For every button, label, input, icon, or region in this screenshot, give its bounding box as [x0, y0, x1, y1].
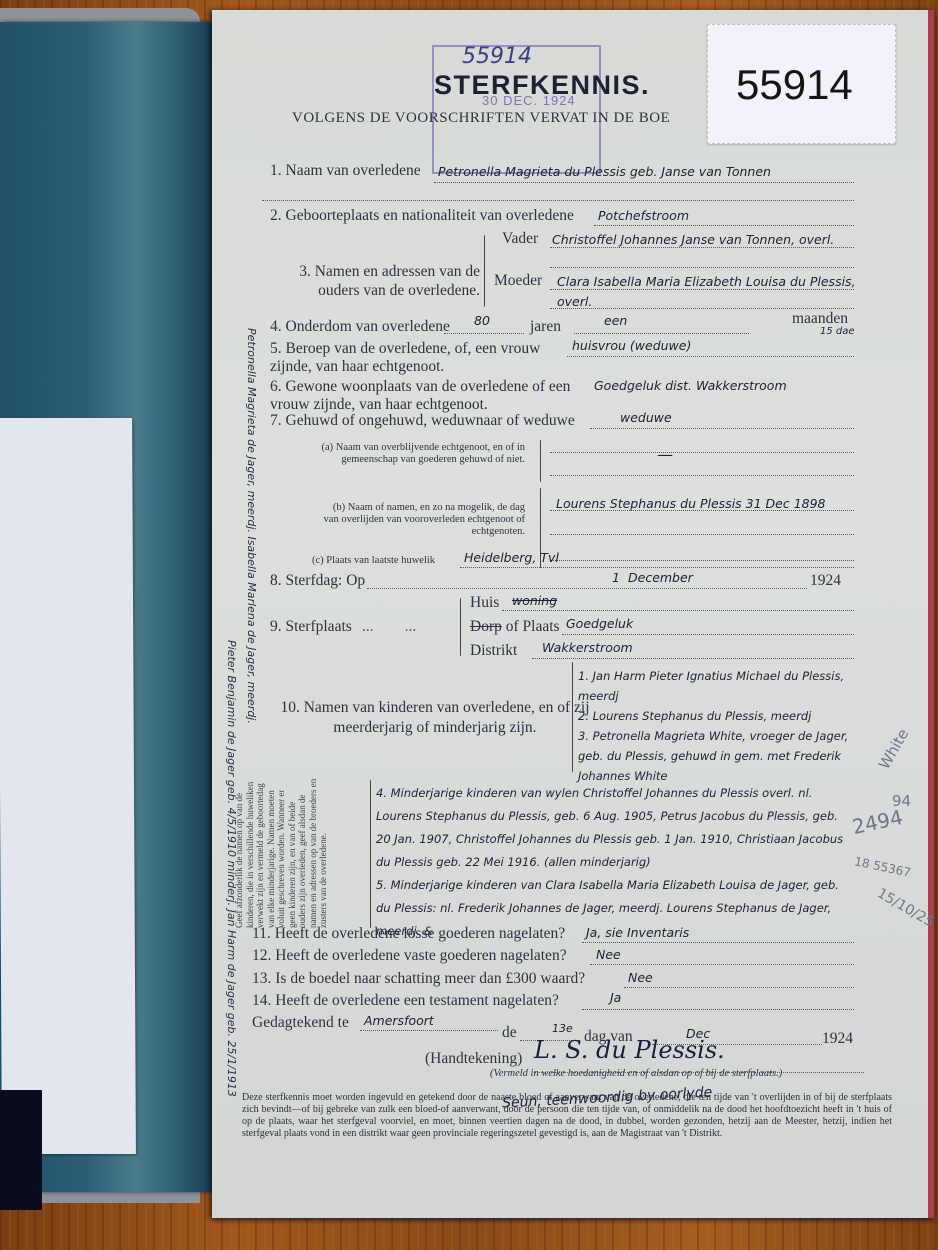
field-10-brace-2	[370, 780, 371, 928]
pencil-note-5: 15/10/25	[874, 885, 936, 930]
field-13-label: 13. Is de boedel naar schatting meer dan…	[252, 970, 585, 988]
field-7-label: 7. Gehuwd of ongehuwd, weduwnaar of wedu…	[270, 412, 575, 430]
field-12-line	[590, 964, 854, 965]
field-9-district-label: Distrikt	[470, 642, 517, 660]
field-4-months: een	[604, 313, 627, 328]
field-7a-label: (a) Naam van overblijvende echtgenoot, e…	[320, 442, 525, 466]
field-7b-line	[550, 510, 854, 511]
field-14-value: Ja	[610, 990, 621, 1005]
field-9-place-label: Dorp of Plaats	[470, 618, 560, 636]
register-number: 55914	[736, 61, 853, 109]
field-1-line-2	[262, 200, 854, 201]
field-11-label: 11. Heeft de overledene losse goederen n…	[252, 925, 565, 943]
field-6-value: Goedgeluk dist. Wakkerstroom	[594, 378, 787, 393]
field-7c-label: (c) Plaats van laatste huwelik	[312, 555, 435, 567]
dated-day: 13e	[552, 1022, 573, 1035]
field-7-line	[590, 428, 854, 429]
field-8-line	[367, 588, 807, 589]
field-10-instruction: Geef afzonderlik de namen op van de kind…	[234, 778, 329, 928]
field-10-child-1: 1. Jan Harm Pieter Ignatius Michael du P…	[578, 666, 868, 706]
pencil-note-3: 94	[892, 792, 911, 810]
field-7b-line-2	[550, 534, 854, 535]
death-notice-page: 55914 STERFKENNIS. 30 DEC. 1924 VOLGENS …	[212, 10, 934, 1218]
field-3-label: 3. Namen en adressen van de ouders van d…	[270, 262, 480, 300]
field-3-father-line-2	[550, 267, 854, 268]
field-3-mother-label: Moeder	[494, 272, 542, 290]
field-3-mother-value: Clara Isabella Maria Elizabeth Louisa du…	[557, 272, 857, 312]
pencil-note-2: 2494	[850, 805, 905, 839]
stamp-handwritten-number: 55914	[462, 44, 532, 69]
field-8-month: December	[628, 570, 693, 585]
field-7a-brace	[540, 440, 541, 482]
field-2-line	[594, 225, 854, 226]
document-subtitle: VOLGENS DE VOORSCHRIFTEN VERVAT IN DE BO…	[292, 110, 670, 127]
field-11-line	[582, 942, 854, 943]
field-10-child-4: 4. Minderjarige kinderen van wylen Chris…	[376, 782, 854, 874]
field-7c-line	[460, 567, 854, 568]
field-7a-line-2	[550, 475, 854, 476]
field-7c-value: Heidelberg, Tvl	[464, 550, 559, 565]
field-1-value: Petronella Magrieta du Plessis geb. Jans…	[438, 162, 858, 182]
field-4-months-line	[574, 333, 749, 334]
dated-place: Amersfoort	[364, 1013, 434, 1028]
field-5-value: huisvrou (weduwe)	[572, 338, 691, 353]
field-3-brace	[484, 235, 485, 307]
dated-at-label: Gedagtekend te	[252, 1014, 349, 1032]
field-10-child-3: 3. Petronella Magrieta White, vroeger de…	[578, 726, 868, 786]
field-14-line	[582, 1009, 854, 1010]
field-1-line	[434, 182, 854, 183]
field-9-label: 9. Sterfplaats	[270, 618, 352, 636]
field-8-year: 1924	[810, 572, 841, 590]
field-12-label: 12. Heeft de overledene vaste goederen n…	[252, 947, 567, 965]
field-10-brace	[572, 662, 573, 772]
footer-instructions: Deze sterfkennis moet worden ingevuld en…	[242, 1092, 892, 1140]
field-2-value: Potchefstroom	[598, 208, 689, 223]
field-9-district-line	[532, 658, 854, 659]
pencil-note-1: White	[875, 726, 912, 773]
field-4-days: 15 dae	[820, 326, 855, 337]
field-9-place-line	[562, 634, 854, 635]
field-10-label: 10. Namen van kinderen van overledene, e…	[270, 698, 600, 738]
pencil-note-4: 18 55367	[853, 854, 912, 880]
field-7b-label: (b) Naam of namen, en zo na mogelik, de …	[320, 502, 525, 538]
field-8-day: 1	[612, 570, 620, 585]
field-9-place-value: Goedgeluk	[566, 616, 633, 631]
field-12-value: Nee	[596, 947, 621, 962]
field-13-line	[624, 987, 854, 988]
field-4-years-line	[444, 333, 524, 334]
field-9-house-label: Huis	[470, 594, 499, 612]
signature-capacity-hint: (Vermeld in welke hoedanigheid en of als…	[490, 1068, 782, 1080]
field-14-label: 14. Heeft de overledene een testament na…	[252, 992, 559, 1010]
field-13-value: Nee	[628, 970, 653, 985]
field-10-child-2: 2. Lourens Stephanus du Plessis, meerdj	[578, 706, 868, 726]
field-11-value: Ja, sie Inventaris	[586, 925, 689, 940]
field-7b-line-3	[550, 560, 854, 561]
field-7a-value: —	[657, 445, 673, 464]
dated-place-line	[360, 1030, 498, 1031]
dark-object	[0, 1090, 42, 1210]
field-3-father-line	[550, 247, 854, 248]
field-9-district-value: Wakkerstroom	[542, 640, 633, 655]
loose-paper-sheet	[0, 418, 136, 1154]
stamp-date: 30 DEC. 1924	[482, 93, 576, 108]
field-3-mother-line-2	[550, 308, 854, 309]
field-7b-value: Lourens Stephanus du Plessis 31 Dec 1898	[556, 492, 856, 516]
signature: L. S. du Plessis.	[534, 1036, 725, 1064]
field-3-father-label: Vader	[502, 230, 538, 248]
signature-label: (Handtekening)	[425, 1050, 522, 1068]
field-5-label: 5. Beroep van de overledene, of, een vro…	[270, 340, 560, 376]
field-9-brace	[460, 598, 461, 656]
field-4-label: 4. Onderdom van overledene	[270, 318, 450, 336]
field-5-line	[567, 356, 854, 357]
field-1-label: 1. Naam van overledene	[270, 162, 421, 180]
field-4-years-label: jaren	[530, 318, 561, 336]
field-6-label: 6. Gewone woonplaats van de overledene o…	[270, 378, 590, 414]
field-9-house-value: woning	[512, 593, 557, 608]
field-9-leader: ... ...	[362, 618, 416, 636]
register-number-label: 55914	[707, 24, 896, 144]
field-8-label: 8. Sterfdag: Op	[270, 572, 365, 590]
field-7a-line	[550, 452, 854, 453]
margin-note-1: Petronella Magrieta de Jager, meerdj. Is…	[245, 328, 258, 724]
field-9-struck-word: Dorp	[470, 618, 502, 635]
margin-note-2: Pieter Benjamin de Jager geb. 4/5/1910 m…	[225, 640, 238, 1097]
field-3-mother-line	[550, 289, 854, 290]
field-9-house-line	[502, 610, 854, 611]
dated-year: 1924	[822, 1030, 853, 1048]
dated-de-label: de	[502, 1024, 517, 1042]
field-2-label: 2. Geboorteplaats en nationaliteit van o…	[270, 207, 574, 225]
field-7-value: weduwe	[620, 410, 672, 425]
field-4-years: 80	[474, 313, 490, 328]
